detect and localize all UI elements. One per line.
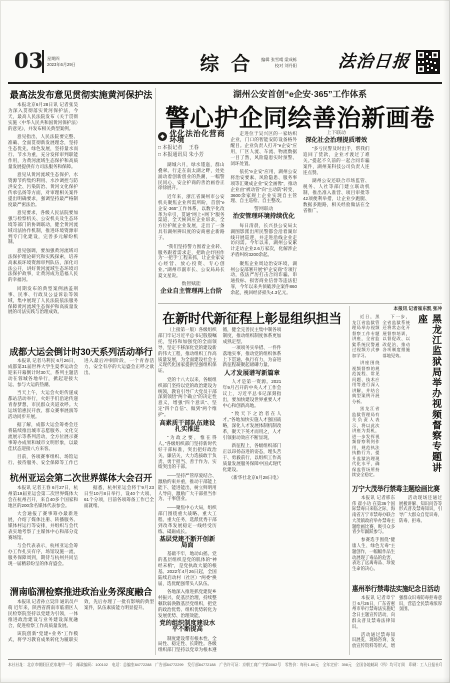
paragraph: 走进位于吴兴区的一家纺织企业，门口的智能安防设备格外醒目。企业负责人打开“e企安…: [231, 131, 298, 166]
article-item: 意见强调，要加强黄河流域司法保护理论研究和实践探索，培养高素质环境资源审判队伍，…: [8, 248, 78, 283]
badge-logo-icon: [158, 132, 167, 141]
article-item: 参赛选手围绕“健康人生、绿色无毒”主题创作，一幅幅作品生动展现了毒品的危害，表达…: [352, 537, 395, 571]
paragraph: 新征程上，各级组织部门正以昂扬奋进的姿态，埋头苦干、勇毅前行，以组织工作高质量发…: [223, 443, 282, 473]
paragraph: 湖州公安还联合市场监管、税务、人社等部门建立联动机制，推出准入准营、项目审批等4…: [303, 178, 370, 213]
headline-asian-games-media: 杭州亚运会第二次世界媒体大会召开: [8, 471, 154, 484]
paragraph: 黑龙江省监狱管理局有关负责人表示，将以此次讲座为契机，进一步发挥视频督察利剑作用…: [352, 406, 380, 478]
article-item: 高素质干部队伍建设扎实推进: [158, 421, 217, 433]
article-body-wanning: 本报讯 记者邢东伟 翟小功 在第36个国际禁毒日来临之际，海南省万宁市禁毒办联合…: [352, 495, 442, 579]
paragraph: （上接第一版）各级组织部门牢记习近平总书记殷殷嘱托，坚持和加强党的全面领导，坚定…: [158, 327, 217, 374]
horizontal-rule-main: [158, 303, 442, 304]
article-item: 基层党建不断开创新局面: [158, 537, 217, 549]
headline-organization-article: 在新时代新征程上彰显组织担当: [158, 308, 346, 327]
article-item: 数智赋能 企业自主管理再上台阶: [158, 282, 225, 295]
headline-huizhou-anti-drug: 惠州举行禁毒法实施纪念日活动: [352, 584, 435, 594]
article-item: 本报北京6月28日讯 记者张昊 为深入贯彻落实黄河保护法，今天，最高人民法院发布…: [8, 102, 78, 132]
paragraph: 近年来，浙江省湖州市公安机关聚焦企业所需所盼，首创“e企安·365”工作体系，以…: [158, 194, 225, 241]
paragraph: 各地深入推进抓党建促乡村振兴、促基层治理，持续整顿软弱涣散基层党组织，把党的政治…: [158, 589, 217, 619]
paragraph: 意见从黄河流域生态保护、水资源节约集约利用、水沙调控与防洪安全、污染防治、黄河文…: [8, 172, 78, 207]
article-body-organization: （上接第一版）各级组织部门牢记习近平总书记殷殷嘱托，坚持和加强党的全面领导，坚定…: [158, 327, 346, 655]
article-item: 湖州公安还联合市场监管、税务、人社等部门建立联动机制，推出准入准营、项目审批等4…: [303, 178, 370, 213]
article-item: “多亏民警及时出手，帮我们追回了货款，企业才渡过了难关。”提起不久前的一起合同诈…: [303, 146, 370, 176]
article-item: 党的十八大以来，各级组织部门坚持以党的政治建设为统领，教育引导广大党员干部深刻领…: [158, 377, 217, 418]
paragraph: 本报讯 记者王春 6月27日，杭州第19届亚运会第二次世界媒体大会在杭州召开，来…: [8, 485, 78, 509]
paragraph: 本报讯 记者邢东伟 翟小功 在第36个国际禁毒日来临之际，海南省万宁市禁毒办联合…: [352, 495, 395, 535]
article-body-heilongjiang: 近日，黑龙江省监狱管理局举办视频督察工作专题讲座，全省监狱系统民警通过视频方式参…: [352, 314, 410, 479]
article-item: 据悉，杭州亚运会将于9月23日至10月8日举行，设40个大项、61个分项，目前各…: [84, 485, 154, 509]
vertical-headline-heilongjiang: 黑龙江监狱局举办视频督察专题讲座: [414, 314, 442, 477]
subhead: 企业自主管理再上台阶: [158, 289, 225, 295]
paragraph: 下一步，全省监狱系统还将常态化开展督察培训，以督促改、以改促治，推动各项制度措施…: [383, 314, 411, 358]
article-item: 黑龙江省监狱管理局有关负责人表示，将以此次讲座为契机，进一步发挥视频督察利剑作用…: [352, 406, 380, 478]
qr-code-icon: [416, 50, 440, 74]
proofreader-line: 校对 刘丹阳: [261, 63, 297, 69]
article-item: 本报讯 记者王春 6月27日，杭州第19届亚运会第二次世界媒体大会在杭州召开，来…: [8, 485, 78, 509]
paragraph: 同期发布的典型案例涵盖刑事、民事、行政及公益诉讼等领域，集中展现了人民法院依法服…: [8, 286, 78, 316]
article-body-huizhou: 本报讯 记者章宁旦 6月26日，广东省惠州市举行禁毒法实施纪念日主题宣传活动，向…: [352, 595, 442, 653]
article-body-yellow-river: 本报北京6月28日讯 记者张昊 为深入贯彻落实黄河保护法，今天，最高人民法院发布…: [8, 102, 154, 342]
paragraph: 与会代表表示，杭州亚运会筹办工作扎实有序，场馆设施一流，服务保障周到，期待与杭州…: [8, 543, 78, 567]
article-item: 本报讯 记者马利民 6月26日，成都第31届世界大学生夏季运动会迎来开幕倒计时3…: [8, 358, 78, 388]
column-badge: 优化法治化营商环境: [158, 131, 225, 143]
main-headline: 警心护企同绘善治新画卷: [158, 98, 442, 133]
article-item: 近日，黑龙江省监狱管理局举办视频督察工作专题讲座，全省监狱系统民警通过视频方式参…: [352, 314, 380, 358]
article-item: 人才发展谱写新篇章: [223, 371, 282, 377]
byline-heilongjiang: 本报讯 记者崔东凯 张冲: [352, 306, 442, 312]
paragraph: 人才是第一资源。2021年9月召开的中央人才工作会议上，习近平总书记深刻指出，要…: [223, 379, 282, 409]
paragraph: 基础不牢，地动山摇。党的基层组织是党的肌体的“神经末梢”，是党执政大厦的根基。2…: [158, 551, 217, 586]
correspondent-byline: □ 本报通讯员 朱小芳: [158, 152, 225, 159]
article-body-weinan: 本报讯 记者孙立昊洋 通讯员卢萌 近年来，陕西省渭南市临渭区人民检察院坚持以党建…: [8, 599, 154, 654]
newspaper-page: { "header": { "page_no": "03", "weekday"…: [0, 0, 450, 683]
article-item: 党的组织制度建设水平不断提高: [158, 621, 217, 633]
article-item: 湖城六月，绿水逶迤，群山叠翠。行走在南太湖之畔，处处涌动着创新创业的热潮，一幅警…: [158, 162, 225, 192]
article-item: 讲座围绕视频督察的规范流程、常见问题、技术应用等进行深入讲解，并结合典型案例开展…: [352, 360, 380, 404]
page-header: 03 星期四 2023年6月29日 综合 编辑 张雪晴 梁成栋 校对 刘丹阳 法…: [8, 47, 442, 84]
article-item: 依托“e企安”应用，湖州公安将治安要素、风险隐患、服务事项等汇聚成企业“安全画像…: [231, 169, 298, 204]
article-item: 每日清晨，长兴县公安局太湖图影派出所民警都会沿着湖岸线开展巡逻，并走进沿线企业走…: [231, 223, 298, 258]
editor-line: 编辑 张雪晴 梁成栋: [261, 57, 297, 63]
main-bylines: □ 本报记者 王春 □ 本报通讯员 朱小芳: [158, 145, 225, 159]
article-item: 本报讯 记者孙立昊洋 通讯员卢萌 近年来，陕西省渭南市临渭区人民检察院坚持以党建…: [8, 599, 78, 629]
paragraph: 本报讯 记者章宁旦 6月26日，广东省惠州市举行禁毒法实施纪念日主题宣传活动，向…: [352, 595, 395, 629]
article-item: 大会通报了赛事筹办最新进展，介绍了媒体注册、转播服务、媒体村运行等安排，并组织与…: [8, 511, 78, 541]
badge-label: 优化法治化营商环境: [170, 131, 225, 143]
paragraph: 聚焦企业周边治安环境，湖州公安部署开展“护企安商”专项行动，依法严厉打击合同诈骗…: [231, 261, 298, 296]
paragraph: 当天上午，大运会火炬传递成都站活动举行，火炬手们沿途传递青春梦想，市民群众夹道欢…: [8, 390, 78, 420]
paragraph: “致天下之治者在人才。”各地加快实施人才强国战略，深化人才发展体制机制改革，聚天…: [223, 411, 282, 441]
headline-universiade: 成都大运会倒计时30天系列活动举行: [8, 345, 154, 358]
article-item: “致天下之治者在人才。”各地加快实施人才强国战略，深化人才发展体制机制改革，聚天…: [223, 411, 282, 441]
article-item: 与会代表表示，杭州亚运会筹办工作扎实有序，场馆设施一流，服务保障周到，期待与杭州…: [8, 543, 78, 567]
imprint-footer: 本社社址：北京市朝阳区花家地甲一号 邮政编码：100102 电话：总编室8477…: [8, 659, 442, 668]
paragraph: 近日，黑龙江省监狱管理局举办视频督察工作专题讲座，全省监狱系统民警通过视频方式参…: [352, 314, 380, 358]
paragraph: 据了解，成都大运会筹委会还将陆续推出城市志愿服务、文化交流展示等系列活动，全方位…: [8, 422, 78, 452]
paragraph: 湖城六月，绿水逶迤，群山叠翠。行走在南太湖之畔，处处涌动着创新创业的热潮，一幅警…: [158, 162, 225, 192]
paragraph: 依托“e企安”应用，湖州公安将治安要素、风险隐患、服务事项等汇聚成企业“安全画像…: [231, 169, 298, 204]
editors-block: 编辑 张雪晴 梁成栋 校对 刘丹阳: [261, 57, 297, 69]
article-item: 基础不牢，地动山摇。党的基层组织是党的肌体的“神经末梢”，是党执政大厦的根基。2…: [158, 551, 217, 586]
paragraph: 讲座围绕视频督察的规范流程、常见问题、技术应用等进行深入讲解，并结合典型案例开展…: [352, 360, 380, 404]
subhead: 党的组织制度建设水平不断提高: [158, 621, 217, 633]
paragraph: ——坚持严管厚爱结合、激励约束并重，推动干部能上能下、能进能出，树立鲜明用人导向…: [158, 473, 217, 503]
headline-weinan-procuratorate: 渭南临渭检察推进政治业务深度融合: [8, 585, 154, 598]
article-item: 本报讯 记者邢东伟 翟小功 在第36个国际禁毒日来临之际，海南省万宁市禁毒办联合…: [352, 495, 395, 535]
article-item: 聚焦企业周边治安环境，湖州公安部署开展“护企安商”专项行动，依法严厉打击合同诈骗…: [231, 261, 298, 296]
subhead: 深化社会治理提质增效: [303, 138, 370, 144]
article-item: “我们坚持警力围着企业转、服务跟着需求走，把助企纾困作为‘一把手’工程来抓，让企…: [158, 244, 225, 279]
article-item: 各地深入推进抓党建促乡村振兴、促基层治理，持续整顿软弱涣散基层党组织，把党的政治…: [158, 589, 217, 619]
paragraph: 意见指出，人民法院要完整、准确、全面贯彻新发展理念，坚持生态优先、绿色发展，坚持…: [8, 134, 78, 169]
article-item: （新华社北京6月28日电）: [223, 475, 282, 481]
subhead: 人才发展谱写新篇章: [223, 371, 282, 377]
paragraph: “为政之要，惟在得人。”各级组织部门坚持新时代好干部标准，突出把好政治关、廉洁关…: [158, 435, 217, 470]
subhead: 治安管理环境持续优化: [231, 214, 298, 220]
article-item: 意见指出，人民法院要完整、准确、全面贯彻新发展理念，坚持生态优先、绿色发展，坚持…: [8, 134, 78, 169]
headline-yellow-river: 最高法发布意见贯彻实施黄河保护法: [8, 88, 154, 101]
paragraph: 本报讯 记者马利民 6月26日，成都第31届世界大学生夏季运动会迎来开幕倒计时3…: [8, 358, 78, 388]
article-item: 人才是第一资源。2021年9月召开的中央人才工作会议上，习近平总书记深刻指出，要…: [223, 379, 282, 409]
vertical-rule-right: [349, 306, 350, 655]
paragraph: 据悉，杭州亚运会将于9月23日至10月8日举行，设40个大项、61个分项，目前各…: [84, 485, 154, 509]
article-item: 新征程上，各级组织部门正以昂扬奋进的姿态，埋头苦干、勇毅前行，以组织工作高质量发…: [223, 443, 282, 473]
article-item: 一项项务实举措、一件件落地实事，推动党的组织体系上下贯通、执行有力，为奋进新征程…: [223, 345, 282, 369]
paragraph: 意见要求，各级人民法院要加强与检察机关、公安机关及生态环境等部门的协调联动，健全…: [8, 210, 78, 245]
paragraph: 意见强调，要加强黄河流域司法保护理论研究和实践探索，培养高素质环境资源审判队伍，…: [8, 248, 78, 283]
article-item: 警网联动 治安管理环境持续优化: [231, 207, 298, 220]
article-item: 本报讯 记者章宁旦 6月26日，广东省惠州市举行禁毒法实施纪念日主题宣传活动，向…: [352, 595, 395, 629]
paragraph: 每日清晨，长兴县公安局太湖图影派出所民警都会沿着湖岸线开展巡逻，并走进沿线企业走…: [231, 223, 298, 258]
paragraph: 党的十八大以来，各级组织部门坚持以党的政治建设为统领，教育引导广大党员干部深刻领…: [158, 377, 217, 418]
article-item: ——坚持严管厚爱结合、激励约束并重，推动干部能上能下、能进能出，树立鲜明用人导向…: [158, 473, 217, 503]
article-item: ——聚焦中心大局，组织部门围绕重大战略、重大工程、重大任务，选派优秀干部到改革发…: [158, 505, 217, 535]
article-item: 近年来，浙江省湖州市公安机关聚焦企业所需所盼，首创“e企安·365”工作体系，以…: [158, 194, 225, 241]
subhead: 基层党建不断开创新局面: [158, 537, 217, 549]
article-item: “为政之要，惟在得人。”各级组织部门坚持新时代好干部标准，突出把好政治关、廉洁关…: [158, 435, 217, 470]
article-item: 走进位于吴兴区的一家纺织企业，门口的智能安防设备格外醒目。企业负责人打开“e企安…: [231, 131, 298, 166]
paragraph: “我们坚持警力围着企业转、服务跟着需求走，把助企纾困作为‘一把手’工程来抓，让企…: [158, 244, 225, 279]
article-item: 当天上午，大运会火炬传递成都站活动举行，火炬手们沿途传递青春梦想，市民群众夹道欢…: [8, 390, 78, 420]
subhead: 高素质干部队伍建设扎实推进: [158, 421, 217, 433]
paragraph: 一项项务实举措、一件件落地实事，推动党的组织体系上下贯通、执行有力，为奋进新征程…: [223, 345, 282, 369]
paragraph: 本报北京6月28日讯 记者张昊 为深入贯彻落实黄河保护法，今天，最高人民法院发布…: [8, 102, 78, 132]
paragraph: 本报讯 记者孙立昊洋 通讯员卢萌 近年来，陕西省渭南市临渭区人民检察院坚持以党建…: [8, 599, 78, 629]
article-item: 意见从黄河流域生态保护、水资源节约集约利用、水沙调控与防洪安全、污染防治、黄河文…: [8, 172, 78, 207]
article-body-asian-games-media: 本报讯 记者王春 6月27日，杭州第19届亚运会第二次世界媒体大会在杭州召开，来…: [8, 485, 154, 581]
vertical-rule-left: [155, 88, 156, 655]
paragraph: 活动现场还通过展板讲解、知识问答等形式普及禁毒知识，引导广大群众自觉识毒、防毒、…: [399, 495, 442, 524]
article-body-universiade: 本报讯 记者马利民 6月26日，成都第31届世界大学生夏季运动会迎来开幕倒计时3…: [8, 358, 154, 466]
article-item: 据了解，成都大运会筹委会还将陆续推出城市志愿服务、文化交流展示等系列活动，全方位…: [8, 422, 78, 452]
paragraph: ——聚焦中心大局，组织部门围绕重大战略、重大工程、重大任务，选派优秀干部到改革发…: [158, 505, 217, 535]
paragraph: 大会通报了赛事筹办最新进展，介绍了媒体注册、转播服务、媒体村运行等安排，并组织与…: [8, 511, 78, 541]
main-lead-block: 优化法治化营商环境 □ 本报记者 王春 □ 本报通讯员 朱小芳: [158, 131, 225, 159]
headline-wanning-drawing-contest: 万宁大茂举行禁毒主题绘画比赛: [352, 484, 435, 494]
paragraph: “多亏民警及时出手，帮我们追回了货款，企业才渡过了难关。”提起不久前的一起合同诈…: [303, 146, 370, 176]
article-item: 同期发布的典型案例涵盖刑事、民事、行政及公益诉讼等领域，集中展现了人民法院依法服…: [8, 286, 78, 316]
end-note: （新华社北京6月28日电）: [223, 475, 282, 481]
article-item: 上下联动 深化社会治理提质增效: [303, 131, 370, 144]
article-item: 下一步，全省监狱系统还将常态化开展督察培训，以督促改、以改促治，推动各项制度措施…: [383, 314, 411, 358]
paragraph: 参赛选手围绕“健康人生、绿色无毒”主题创作，一幅幅作品生动展现了毒品的危害，表达…: [352, 537, 395, 571]
article-item: 意见要求，各级人民法院要加强与检察机关、公安机关及生态环境等部门的协调联动，健全…: [8, 210, 78, 245]
article-item: （上接第一版）各级组织部门牢记习近平总书记殷殷嘱托，坚持和加强党的全面领导，坚定…: [158, 327, 217, 374]
masthead-logo: 法治日报: [337, 48, 411, 76]
main-article-body: 优化法治化营商环境 □ 本报记者 王春 □ 本报通讯员 朱小芳 湖城六月，绿水逶…: [158, 131, 442, 301]
article-item: 活动现场还通过展板讲解、知识问答等形式普及禁毒知识，引导广大群众自觉识毒、防毒、…: [399, 495, 442, 524]
article-heilongjiang-prison: 近日，黑龙江省监狱管理局举办视频督察工作专题讲座，全省监狱系统民警通过视频方式参…: [352, 314, 442, 479]
